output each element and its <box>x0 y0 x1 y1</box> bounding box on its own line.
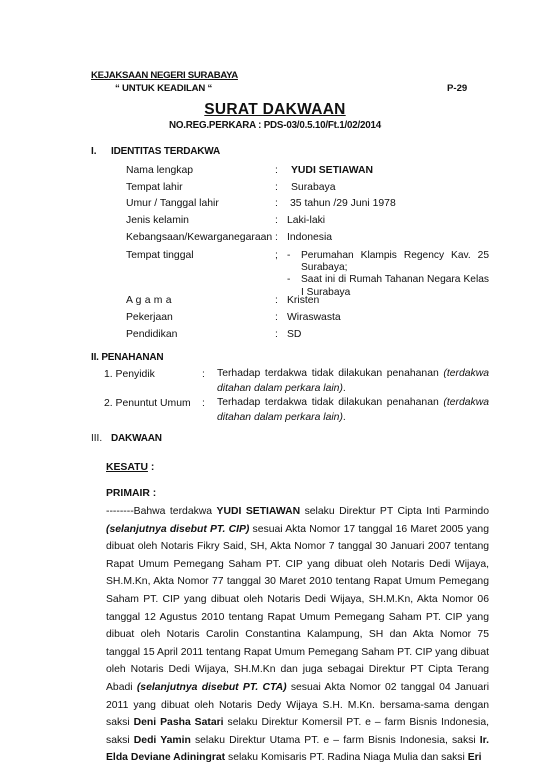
detention-text: Terhadap terdakwa tidak dilakukan penaha… <box>217 396 489 425</box>
field-label: Tempat tinggal <box>126 250 194 261</box>
form-code: P-29 <box>447 83 467 94</box>
address-text: Saat ini di Rumah Tahanan Negara Kelas I… <box>301 274 489 297</box>
field-value-nationality: Indonesia <box>287 232 332 243</box>
address-item: - Perumahan Klampis Regency Kav. 25 Sura… <box>287 250 489 274</box>
text-run: selaku Direktur Utama PT. e – farm Bisni… <box>191 735 480 746</box>
field-separator: : <box>275 182 278 193</box>
detention-separator: : <box>202 369 205 380</box>
emphasis-run: Deni Pasha Satari <box>134 717 224 728</box>
field-separator: : <box>275 198 278 209</box>
field-separator: : <box>275 295 278 306</box>
emphasis-run: Eri <box>468 752 482 763</box>
emphasis-run: (selanjutnya disebut PT. CIP) <box>106 524 249 535</box>
field-separator: : <box>275 232 278 243</box>
kesatu-label: KESATU <box>106 462 148 473</box>
field-label: Pendidikan <box>126 329 177 340</box>
detention-statement: Terhadap terdakwa tidak dilakukan penaha… <box>217 397 443 408</box>
address-list: - Perumahan Klampis Regency Kav. 25 Sura… <box>287 250 489 299</box>
registration-number: NO.REG.PERKARA : PDS-03/0.5.10/Ft.1/02/2… <box>0 120 550 131</box>
field-label: Pekerjaan <box>126 312 173 323</box>
field-label: Tempat lahir <box>126 182 183 193</box>
field-value-age: 35 tahun /29 Juni 1978 <box>290 198 396 209</box>
bullet-dash: - <box>287 274 290 286</box>
charge-primair: PRIMAIR : <box>106 488 156 499</box>
section-2-title: II. PENAHANAN <box>91 352 163 363</box>
field-value-occupation: Wiraswasta <box>287 312 341 323</box>
detention-text: Terhadap terdakwa tidak dilakukan penaha… <box>217 367 489 396</box>
detention-separator: : <box>202 398 205 409</box>
field-value-name: YUDI SETIAWAN <box>291 165 373 176</box>
text-run: selaku Direktur PT Cipta Inti Parmindo <box>300 506 489 517</box>
field-value-birthplace: Surabaya <box>291 182 335 193</box>
field-label: Kebangsaan/Kewarganegaraan <box>126 232 272 243</box>
document-title: SURAT DAKWAAN <box>0 101 550 119</box>
section-1-number: I. <box>91 146 97 157</box>
text-run: sesuai Akta Nomor 17 tanggal 16 Maret 20… <box>106 524 489 693</box>
detention-end: . <box>343 383 346 394</box>
field-separator: : <box>275 329 278 340</box>
emphasis-run: YUDI SETIAWAN <box>217 506 301 517</box>
field-separator: : <box>275 312 278 323</box>
field-label: Umur / Tanggal lahir <box>126 198 219 209</box>
address-text: Perumahan Klampis Regency Kav. 25 Suraba… <box>301 250 489 273</box>
section-3-number: III. <box>91 433 102 444</box>
text-run: --------Bahwa terdakwa <box>106 506 217 517</box>
emphasis-run: Dedi Yamin <box>134 735 191 746</box>
field-separator: : <box>275 215 278 226</box>
section-1-title: IDENTITAS TERDAKWA <box>111 146 220 157</box>
emphasis-run: (selanjutnya disebut PT. CTA) <box>137 682 287 693</box>
section-3-title: DAKWAAN <box>111 433 162 444</box>
detention-statement: Terhadap terdakwa tidak dilakukan penaha… <box>217 368 443 379</box>
indictment-paragraph: --------Bahwa terdakwa YUDI SETIAWAN sel… <box>106 503 489 767</box>
field-value-education: SD <box>287 329 301 340</box>
field-label: A g a m a <box>126 295 172 306</box>
bullet-dash: - <box>287 250 290 262</box>
field-label: Jenis kelamin <box>126 215 189 226</box>
charge-kesatu: KESATU : <box>106 462 154 473</box>
kesatu-suffix: : <box>148 462 154 473</box>
detention-label: 1. Penyidik <box>104 369 155 380</box>
field-value-religion: Kristen <box>287 295 319 306</box>
detention-end: . <box>343 412 346 423</box>
text-run: selaku Komisaris PT. Radina Niaga Mulia … <box>225 752 468 763</box>
field-label: Nama lengkap <box>126 165 193 176</box>
field-separator: ; <box>275 250 278 261</box>
field-value-gender: Laki-laki <box>287 215 325 226</box>
motto: “ UNTUK KEADILAN “ <box>115 83 212 94</box>
institution-name: KEJAKSAAN NEGERI SURABAYA <box>91 70 238 81</box>
field-separator: : <box>275 165 278 176</box>
detention-label: 2. Penuntut Umum <box>104 398 191 409</box>
